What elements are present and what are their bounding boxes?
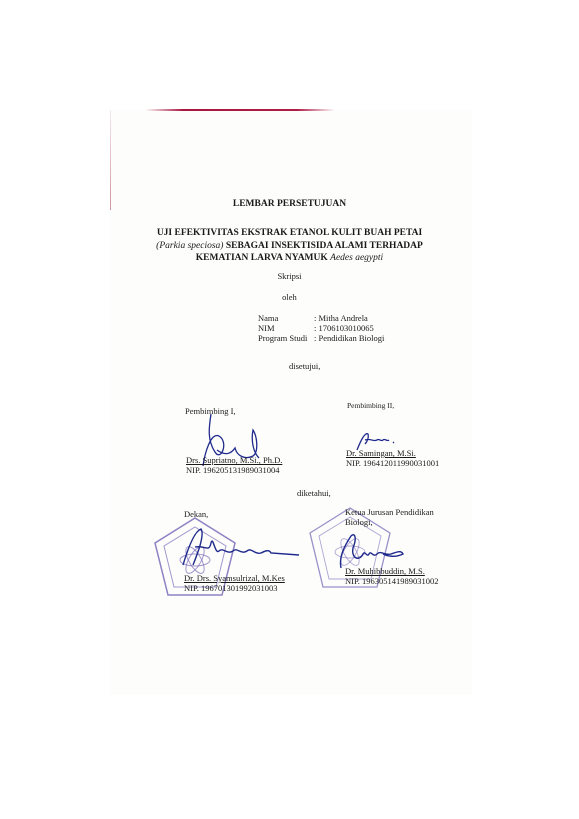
department-head-role-line1: Ketua Jurusan Pendidikan — [345, 507, 434, 517]
program-label: Program Studi — [258, 333, 314, 343]
by-label: oleh — [0, 292, 579, 302]
acknowledged-label: diketahui, — [297, 488, 331, 498]
title-species-italic: (Parkia speciosa) — [156, 241, 223, 251]
title-line-2-text: SEBAGAI INSEKTISIDA ALAMI TERHADAP — [223, 241, 422, 251]
author-program-row: Program Studi: Pendidikan Biologi — [258, 333, 384, 343]
document-heading: LEMBAR PERSETUJUAN — [0, 199, 579, 209]
dean-signature — [175, 525, 300, 570]
scanned-page — [110, 110, 472, 695]
scan-edge-line-left — [110, 110, 111, 210]
title-line-2: (Parkia speciosa) SEBAGAI INSEKTISIDA AL… — [0, 240, 579, 252]
supervisor1-name: Drs. Supriatno, M.Si., Ph.D. — [186, 455, 282, 465]
department-head-role-line2: Biologi, — [345, 517, 373, 527]
name-label: Nama — [258, 313, 314, 323]
nim-value: : 1706103010065 — [314, 323, 374, 333]
scan-edge-line — [145, 109, 335, 111]
nim-label: NIM — [258, 323, 314, 333]
supervisor2-name: Dr. Samingan, M.Si. — [346, 448, 416, 458]
author-name-row: Nama: Mitha Andrela — [258, 313, 368, 323]
title-line-3: KEMATIAN LARVA NYAMUK Aedes aegypti — [0, 252, 579, 264]
dean-role: Dekan, — [184, 509, 208, 519]
dean-nip: NIP. 196701301992031003 — [184, 583, 278, 593]
program-value: : Pendidikan Biologi — [314, 333, 384, 343]
title-line-1: UJI EFEKTIVITAS EKSTRAK ETANOL KULIT BUA… — [0, 227, 579, 239]
dean-name: Dr. Drs. Syamsulrizal, M.Kes — [184, 573, 285, 583]
document-type: Skripsi — [0, 271, 579, 281]
supervisor2-nip: NIP. 196412011990031001 — [346, 458, 439, 468]
department-head-name: Dr. Muhibbuddin, M.S. — [345, 566, 425, 576]
author-nim-row: NIM: 1706103010065 — [258, 323, 374, 333]
approved-label: disetujui, — [289, 361, 320, 371]
supervisor2-role: Pembimbing II, — [347, 401, 394, 410]
supervisor1-nip: NIP. 196205131989031004 — [186, 465, 280, 475]
name-value: : Mitha Andrela — [314, 313, 368, 323]
title-line-3-text: KEMATIAN LARVA NYAMUK — [196, 253, 330, 263]
title-species2-italic: Aedes aegypti — [330, 253, 383, 263]
department-head-nip: NIP. 196305141989031002 — [345, 576, 439, 586]
